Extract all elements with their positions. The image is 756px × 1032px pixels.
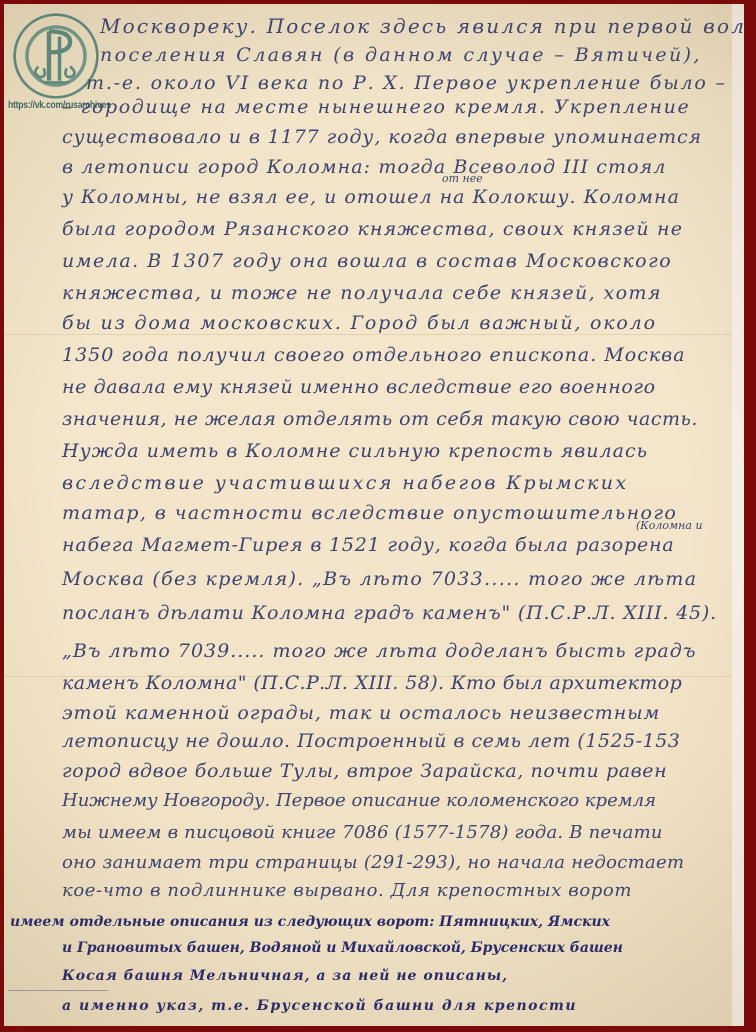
document-page: https://vk.com/rusarchives Москворeку. П… [4,4,744,1026]
text-line: 1350 года получил своего отдельного епис… [62,344,686,366]
text-line: т.-е. около VI века по Р. Х. Первое укре… [86,72,727,94]
text-line: набега Магмет-Гирея в 1521 году, когда б… [62,534,674,556]
text-line: княжества, и тоже не получала себе князе… [62,282,662,304]
text-line: и Грановитых башен, Водяной и Михайловск… [62,940,623,956]
text-line: Нижнему Новгороду. Первое описание колом… [62,790,656,811]
text-line: Нужда иметь в Коломне сильную крепость я… [62,440,648,462]
text-line: имеем отдельные описания из следующих во… [10,914,610,930]
text-line: этой каменной ограды, так и осталось неи… [62,702,660,724]
text-line: город вдвое больше Тулы, втрое Зарайска,… [62,760,667,782]
interlinear-insertion: (Коломна и [636,519,703,532]
text-line: оно занимает три страницы (291-293), но … [62,852,684,873]
text-line: была городом Рязанского княжества, своих… [62,218,683,240]
text-line: вследствие участившихся набегов Крымских [62,472,629,494]
margin-rule [8,990,108,991]
text-line: в летописи город Коломна: тогда Всеволод… [62,156,667,178]
text-line: посланъ дѣлати Коломна градъ каменъ" (П.… [62,602,717,624]
text-line: летописцу не дошло. Построенный в семь л… [62,730,680,752]
text-line: существовало и в 1177 году, когда впервы… [62,126,702,148]
text-line: имела. В 1307 году она вошла в состав Мо… [62,250,672,272]
text-line: татар, в частности вследствие опустошите… [62,502,677,524]
text-line: бы из дома московских. Город был важный,… [62,312,657,334]
text-line: – городище на месте нынешнего кремля. Ук… [62,96,690,118]
text-line: у Коломны, не взял ее, и отошел на Колок… [62,186,680,208]
text-line: мы имеем в писцовой книге 7086 (1577-157… [62,822,663,843]
text-line: каменъ Коломна" (П.С.Р.Л. XIII. 58). Кто… [62,672,682,694]
text-line: поселения Славян (в данном случае – Вяти… [100,44,702,66]
text-line: не давала ему князей именно вследствие е… [62,376,656,398]
handwritten-text: Москворeку. Поселок здесь явился при пер… [4,4,744,1026]
text-line: Москва (без кремля). „Въ лѣто 7033..... … [62,568,697,590]
text-line: „Въ лѣто 7039..... того же лѣта доделанъ… [62,640,696,662]
scan-frame: https://vk.com/rusarchives Москворeку. П… [0,0,756,1032]
interlinear-insertion: от нее [442,172,483,185]
text-line: а именно указ, т.е. Брусенской башни для… [62,998,577,1014]
text-line: Косая башня Мельничная, а за ней не опис… [62,968,508,984]
text-line: значения, не желая отделять от себя таку… [62,408,698,430]
text-line: кое-что в подлиннике вырвано. Для крепос… [62,880,632,901]
text-line: Москворeку. Поселок здесь явился при пер… [100,14,744,38]
